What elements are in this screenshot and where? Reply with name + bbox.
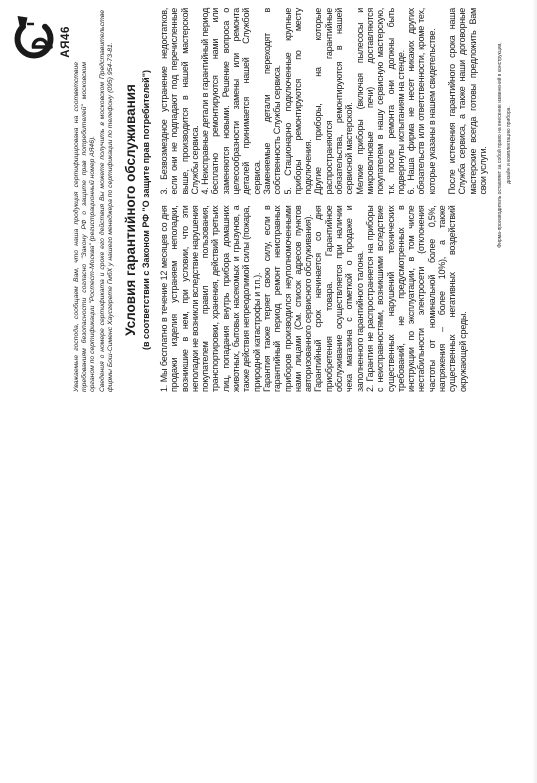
manufacturer-note: Фирма-производитель оставляет за собой п… bbox=[496, 20, 513, 270]
warranty-term-paragraph: 2. Гарантия не распространяется на прибо… bbox=[365, 206, 468, 393]
warranty-terms-column-1: 1. Мы бесплатно в течение 12 месяцев со … bbox=[159, 206, 488, 393]
warranty-terms-columns: 1. Мы бесплатно в течение 12 месяцев со … bbox=[159, 8, 488, 392]
manufacturer-note-line-2: дизайн и комплектацию прибора. bbox=[505, 20, 514, 270]
warranty-term-paragraph: Другие приборы, на которые распространяю… bbox=[313, 8, 354, 195]
warranty-term-paragraph: Гарантия также теряет свою силу, если в … bbox=[262, 206, 313, 393]
post-warranty-note: После истечения гарантийного срока наша … bbox=[447, 8, 488, 195]
document-title: Условия гарантийного обслуживания bbox=[123, 20, 138, 400]
warranty-term-paragraph: 1. Мы бесплатно в течение 12 месяцев со … bbox=[159, 206, 262, 393]
warranty-document: АЯ46 Уважаемые господа, сообщаем Вам, чт… bbox=[0, 0, 537, 400]
warranty-term-paragraph: 3. Безвозмездное устранение недостатков,… bbox=[159, 8, 200, 195]
warranty-term-paragraph: Заменяемые детали переходят в собственно… bbox=[262, 8, 283, 195]
manufacturer-note-line-1: Фирма-производитель оставляет за собой п… bbox=[496, 20, 505, 270]
warranty-term-paragraph: 6. Наша фирма не несет никаких других об… bbox=[406, 8, 437, 195]
scanned-page: АЯ46 Уважаемые господа, сообщаем Вам, чт… bbox=[0, 0, 537, 783]
warranty-term-paragraph: Гарантийный срок начинается со дня приоб… bbox=[313, 206, 364, 393]
warranty-term-paragraph: Мелкие приборы (включая пылесосы и микро… bbox=[355, 8, 406, 195]
scan-edge-shadow bbox=[532, 0, 537, 783]
certification-code: АЯ46 bbox=[60, 26, 72, 58]
warranty-term-paragraph: 5. Стационарно подключенные крупные приб… bbox=[283, 8, 314, 195]
certification-intro: Уважаемые господа, сообщаем Вам, что наш… bbox=[73, 8, 115, 392]
rostest-certification-mark-icon bbox=[8, 12, 60, 64]
warranty-terms-column-2: 3. Безвозмездное устранение недостатков,… bbox=[159, 8, 488, 195]
warranty-term-paragraph: 4. Неисправные детали в гарантийный пери… bbox=[200, 8, 262, 195]
certification-intro-paragraph-2: Сведения о номере сертификата и сроке ег… bbox=[99, 10, 115, 392]
document-subtitle: (в соответствии с Законом РФ "О защите п… bbox=[141, 20, 151, 400]
certification-intro-paragraph-1: Уважаемые господа, сообщаем Вам, что наш… bbox=[73, 62, 97, 392]
